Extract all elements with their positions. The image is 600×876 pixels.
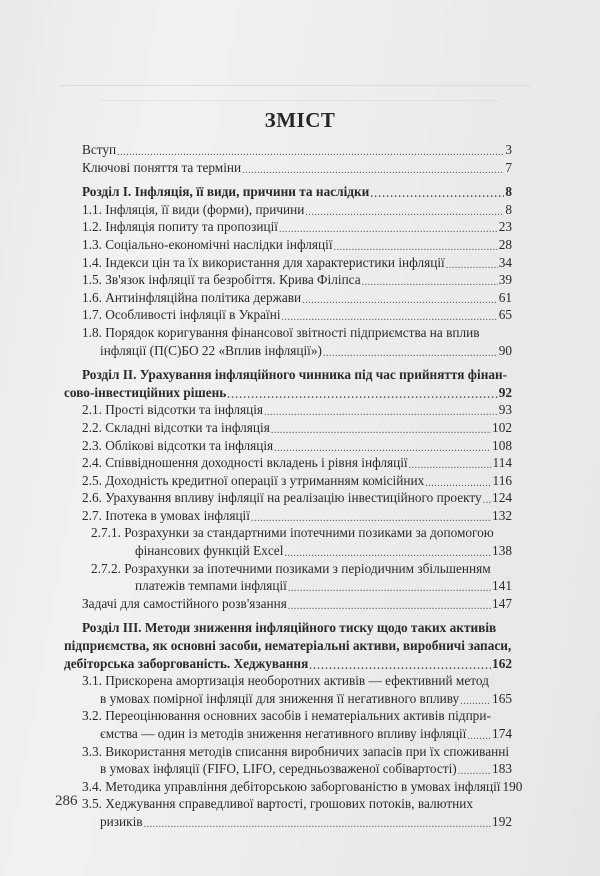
toc-entry-page: 138 <box>492 542 512 560</box>
leader-dots <box>271 423 491 437</box>
toc-entry-page: 8 <box>505 201 512 219</box>
leader-dots <box>288 581 491 595</box>
toc-entry-page: 39 <box>499 271 512 289</box>
toc-entry-page: 192 <box>492 813 512 831</box>
toc-entry-page: 190 <box>502 778 522 796</box>
toc-entry-page: 124 <box>492 489 512 507</box>
leader-dots <box>279 222 498 236</box>
toc-entry-1-6[interactable]: 1.6. Антиінфляційна політика держави61 <box>82 289 512 307</box>
leader-dots <box>264 405 498 419</box>
toc-entry-2-3[interactable]: 2.3. Облікові відсотки та інфляція108 <box>82 437 512 455</box>
table-of-contents: Вступ 3 Ключові поняття та терміни 7 Роз… <box>82 141 512 831</box>
toc-entry-label-line2: інфляції (П(С)БО 22 «Вплив інфляції») <box>100 342 322 360</box>
toc-entry-2-5[interactable]: 2.5. Доходність кредитної операції з утр… <box>82 472 512 490</box>
toc-entry-page: 141 <box>492 577 512 595</box>
toc-entry-page: 165 <box>492 690 512 708</box>
toc-entry-page: 132 <box>492 507 512 525</box>
toc-entry-label-line2: ємства — один із методів зниження негати… <box>100 725 466 743</box>
toc-entry-2-7[interactable]: 2.7. Іпотека в умовах інфляції132 <box>82 507 512 525</box>
toc-entry-label: 1.4. Індекси цін та їх використання для … <box>82 254 445 272</box>
toc-entry-3-4[interactable]: 3.4. Методика управління дебіторською за… <box>82 778 512 796</box>
toc-entry-page: 183 <box>492 760 512 778</box>
toc-entry-label-line2: фінансових функцій Excel <box>135 542 283 560</box>
toc-entry-label: 1.6. Антиінфляційна політика держави <box>82 289 301 307</box>
toc-entry-label: 2.1. Прості відсотки та інфляція <box>82 401 263 419</box>
toc-entry-label-line1: 3.1. Прискорена амортизація необоротних … <box>82 672 512 690</box>
leader-dots <box>288 598 491 612</box>
toc-entry-page: 23 <box>499 218 512 236</box>
leader-dots <box>305 204 504 218</box>
toc-entry-label: 2.3. Облікові відсотки та інфляція <box>82 437 273 455</box>
leader-dots <box>362 275 498 289</box>
toc-entry-2-6[interactable]: 2.6. Урахування впливу інфляції на реалі… <box>82 489 512 507</box>
toc-entry-label-line2: в умовах інфляції (FIFO, LIFO, середньоз… <box>100 760 457 778</box>
section-label-line2: сово-інвестиційних рішень <box>64 384 226 402</box>
toc-entry-2-7-2[interactable]: 2.7.2. Розрахунки за іпотечними позиками… <box>82 560 512 595</box>
toc-entry-label: 1.2. Інфляція попиту та пропозиції <box>82 218 278 236</box>
toc-entry-tasks[interactable]: Задачі для самостійного розв'язання147 <box>82 595 512 613</box>
toc-entry-label: 1.5. Зв'язок інфляції та безробіття. Кри… <box>82 271 361 289</box>
leader-dots <box>458 764 491 778</box>
toc-entry-label-line1: 2.7.2. Розрахунки за іпотечними позиками… <box>91 560 512 578</box>
toc-entry-intro[interactable]: Вступ 3 <box>82 141 512 159</box>
leader-dots <box>334 240 498 254</box>
section-label: Розділ I. Інфляція, її види, причини та … <box>82 183 369 201</box>
toc-entry-page: 93 <box>499 401 512 419</box>
leader-dots <box>284 546 491 560</box>
toc-entry-page: 147 <box>492 595 512 613</box>
toc-section-2[interactable]: Розділ II. Урахування інфляційного чинни… <box>82 366 512 401</box>
toc-entry-page: 28 <box>499 236 512 254</box>
toc-section-1[interactable]: Розділ I. Інфляція, її види, причини та … <box>82 183 512 201</box>
page-title: ЗМІСТ <box>0 108 600 133</box>
toc-entry-label: 1.3. Соціально-економічні наслідки інфля… <box>82 236 333 254</box>
toc-entry-label: 2.4. Співвідношення доходності вкладень … <box>82 454 408 472</box>
toc-entry-page: 34 <box>499 254 512 272</box>
leader-dots <box>227 387 497 401</box>
toc-entry-label: Ключові поняття та терміни <box>82 159 241 177</box>
toc-entry-label: 1.1. Інфляція, її види (форми), причини <box>82 201 304 219</box>
toc-entry-label: 3.4. Методика управління дебіторською за… <box>82 778 500 796</box>
toc-entry-1-4[interactable]: 1.4. Індекси цін та їх використання для … <box>82 254 512 272</box>
leader-dots <box>144 817 491 831</box>
toc-entry-label: Задачі для самостійного розв'язання <box>82 595 287 613</box>
toc-entry-1-1[interactable]: 1.1. Інфляція, її види (форми), причини8 <box>82 201 512 219</box>
leader-dots <box>483 493 491 507</box>
section-label-line2: підприємства, як основні засоби, нематер… <box>64 637 512 655</box>
section-label-line1: Розділ II. Урахування інфляційного чинни… <box>82 366 512 384</box>
leader-dots <box>467 729 491 743</box>
toc-entry-1-8[interactable]: 1.8. Порядок коригування фінансової звіт… <box>82 324 512 359</box>
toc-entry-label-line1: 2.7.1. Розрахунки за стандартними іпотеч… <box>91 524 512 542</box>
toc-entry-label-line2: ризиків <box>100 813 143 831</box>
toc-entry-page: 90 <box>499 342 512 360</box>
toc-entry-2-7-1[interactable]: 2.7.1. Розрахунки за стандартними іпотеч… <box>82 524 512 559</box>
leader-dots <box>370 187 504 201</box>
toc-entry-page: 7 <box>505 159 512 177</box>
toc-entry-label: 2.6. Урахування впливу інфляції на реалі… <box>82 489 482 507</box>
toc-entry-3-2[interactable]: 3.2. Переоцінювання основних засобів і н… <box>82 707 512 742</box>
toc-entry-terms[interactable]: Ключові поняття та терміни 7 <box>82 159 512 177</box>
leader-dots <box>282 310 498 324</box>
section-page: 8 <box>505 183 512 201</box>
toc-entry-label: 2.7. Іпотека в умовах інфляції <box>82 507 250 525</box>
leader-dots <box>117 145 504 159</box>
toc-entry-1-2[interactable]: 1.2. Інфляція попиту та пропозиції23 <box>82 218 512 236</box>
leader-dots <box>323 345 498 359</box>
toc-entry-label-line1: 3.2. Переоцінювання основних засобів і н… <box>82 707 512 725</box>
toc-entry-label-line2: в умовах помірної інфляції для зниження … <box>100 690 459 708</box>
toc-entry-page: 65 <box>499 306 512 324</box>
leader-dots <box>409 458 492 472</box>
toc-entry-label-line1: 3.3. Використання методів списання вироб… <box>82 743 512 761</box>
leader-dots <box>302 292 498 306</box>
leader-dots <box>251 510 491 524</box>
toc-entry-page: 102 <box>492 419 512 437</box>
toc-entry-label: 2.2. Складні відсотки та інфляція <box>82 419 270 437</box>
toc-entry-page: 116 <box>493 472 512 490</box>
toc-entry-2-2[interactable]: 2.2. Складні відсотки та інфляція102 <box>82 419 512 437</box>
toc-entry-1-3[interactable]: 1.3. Соціально-економічні наслідки інфля… <box>82 236 512 254</box>
bleed-through-line <box>60 85 530 86</box>
leader-dots <box>274 440 491 454</box>
toc-entry-page: 108 <box>492 437 512 455</box>
toc-entry-2-4[interactable]: 2.4. Співвідношення доходності вкладень … <box>82 454 512 472</box>
section-page: 92 <box>499 384 512 402</box>
leader-dots <box>309 658 491 672</box>
toc-entry-label: 1.7. Особливості інфляції в Україні <box>82 306 281 324</box>
toc-section-3[interactable]: Розділ III. Методи зниження інфляційного… <box>82 619 512 672</box>
toc-entry-label: Вступ <box>82 141 116 159</box>
toc-entry-label-line1: 1.8. Порядок коригування фінансової звіт… <box>82 324 512 342</box>
toc-entry-page: 61 <box>499 289 512 307</box>
section-page: 162 <box>492 655 512 673</box>
leader-dots <box>425 475 491 489</box>
leader-dots <box>446 257 498 271</box>
bleed-through-line <box>100 100 500 101</box>
toc-entry-3-5[interactable]: 3.5. Хеджування справедливої вартості, г… <box>82 795 512 830</box>
toc-entry-label-line2: платежів темпами інфляції <box>135 577 287 595</box>
toc-entry-3-1[interactable]: 3.1. Прискорена амортизація необоротних … <box>82 672 512 707</box>
toc-entry-label-line1: 3.5. Хеджування справедливої вартості, г… <box>82 795 512 813</box>
toc-entry-page: 174 <box>492 725 512 743</box>
toc-entry-2-1[interactable]: 2.1. Прості відсотки та інфляція93 <box>82 401 512 419</box>
toc-entry-label: 2.5. Доходність кредитної операції з утр… <box>82 472 424 490</box>
page-number: 286 <box>55 793 78 810</box>
section-label-line1: Розділ III. Методи зниження інфляційного… <box>82 619 512 637</box>
section-label-line3: дебіторська заборгованість. Хеджування <box>64 655 308 673</box>
leader-dots <box>460 693 491 707</box>
toc-entry-3-3[interactable]: 3.3. Використання методів списання вироб… <box>82 743 512 778</box>
toc-entry-1-5[interactable]: 1.5. Зв'язок інфляції та безробіття. Кри… <box>82 271 512 289</box>
leader-dots <box>242 162 504 176</box>
toc-entry-page: 114 <box>493 454 512 472</box>
toc-entry-page: 3 <box>505 141 512 159</box>
toc-entry-1-7[interactable]: 1.7. Особливості інфляції в Україні65 <box>82 306 512 324</box>
